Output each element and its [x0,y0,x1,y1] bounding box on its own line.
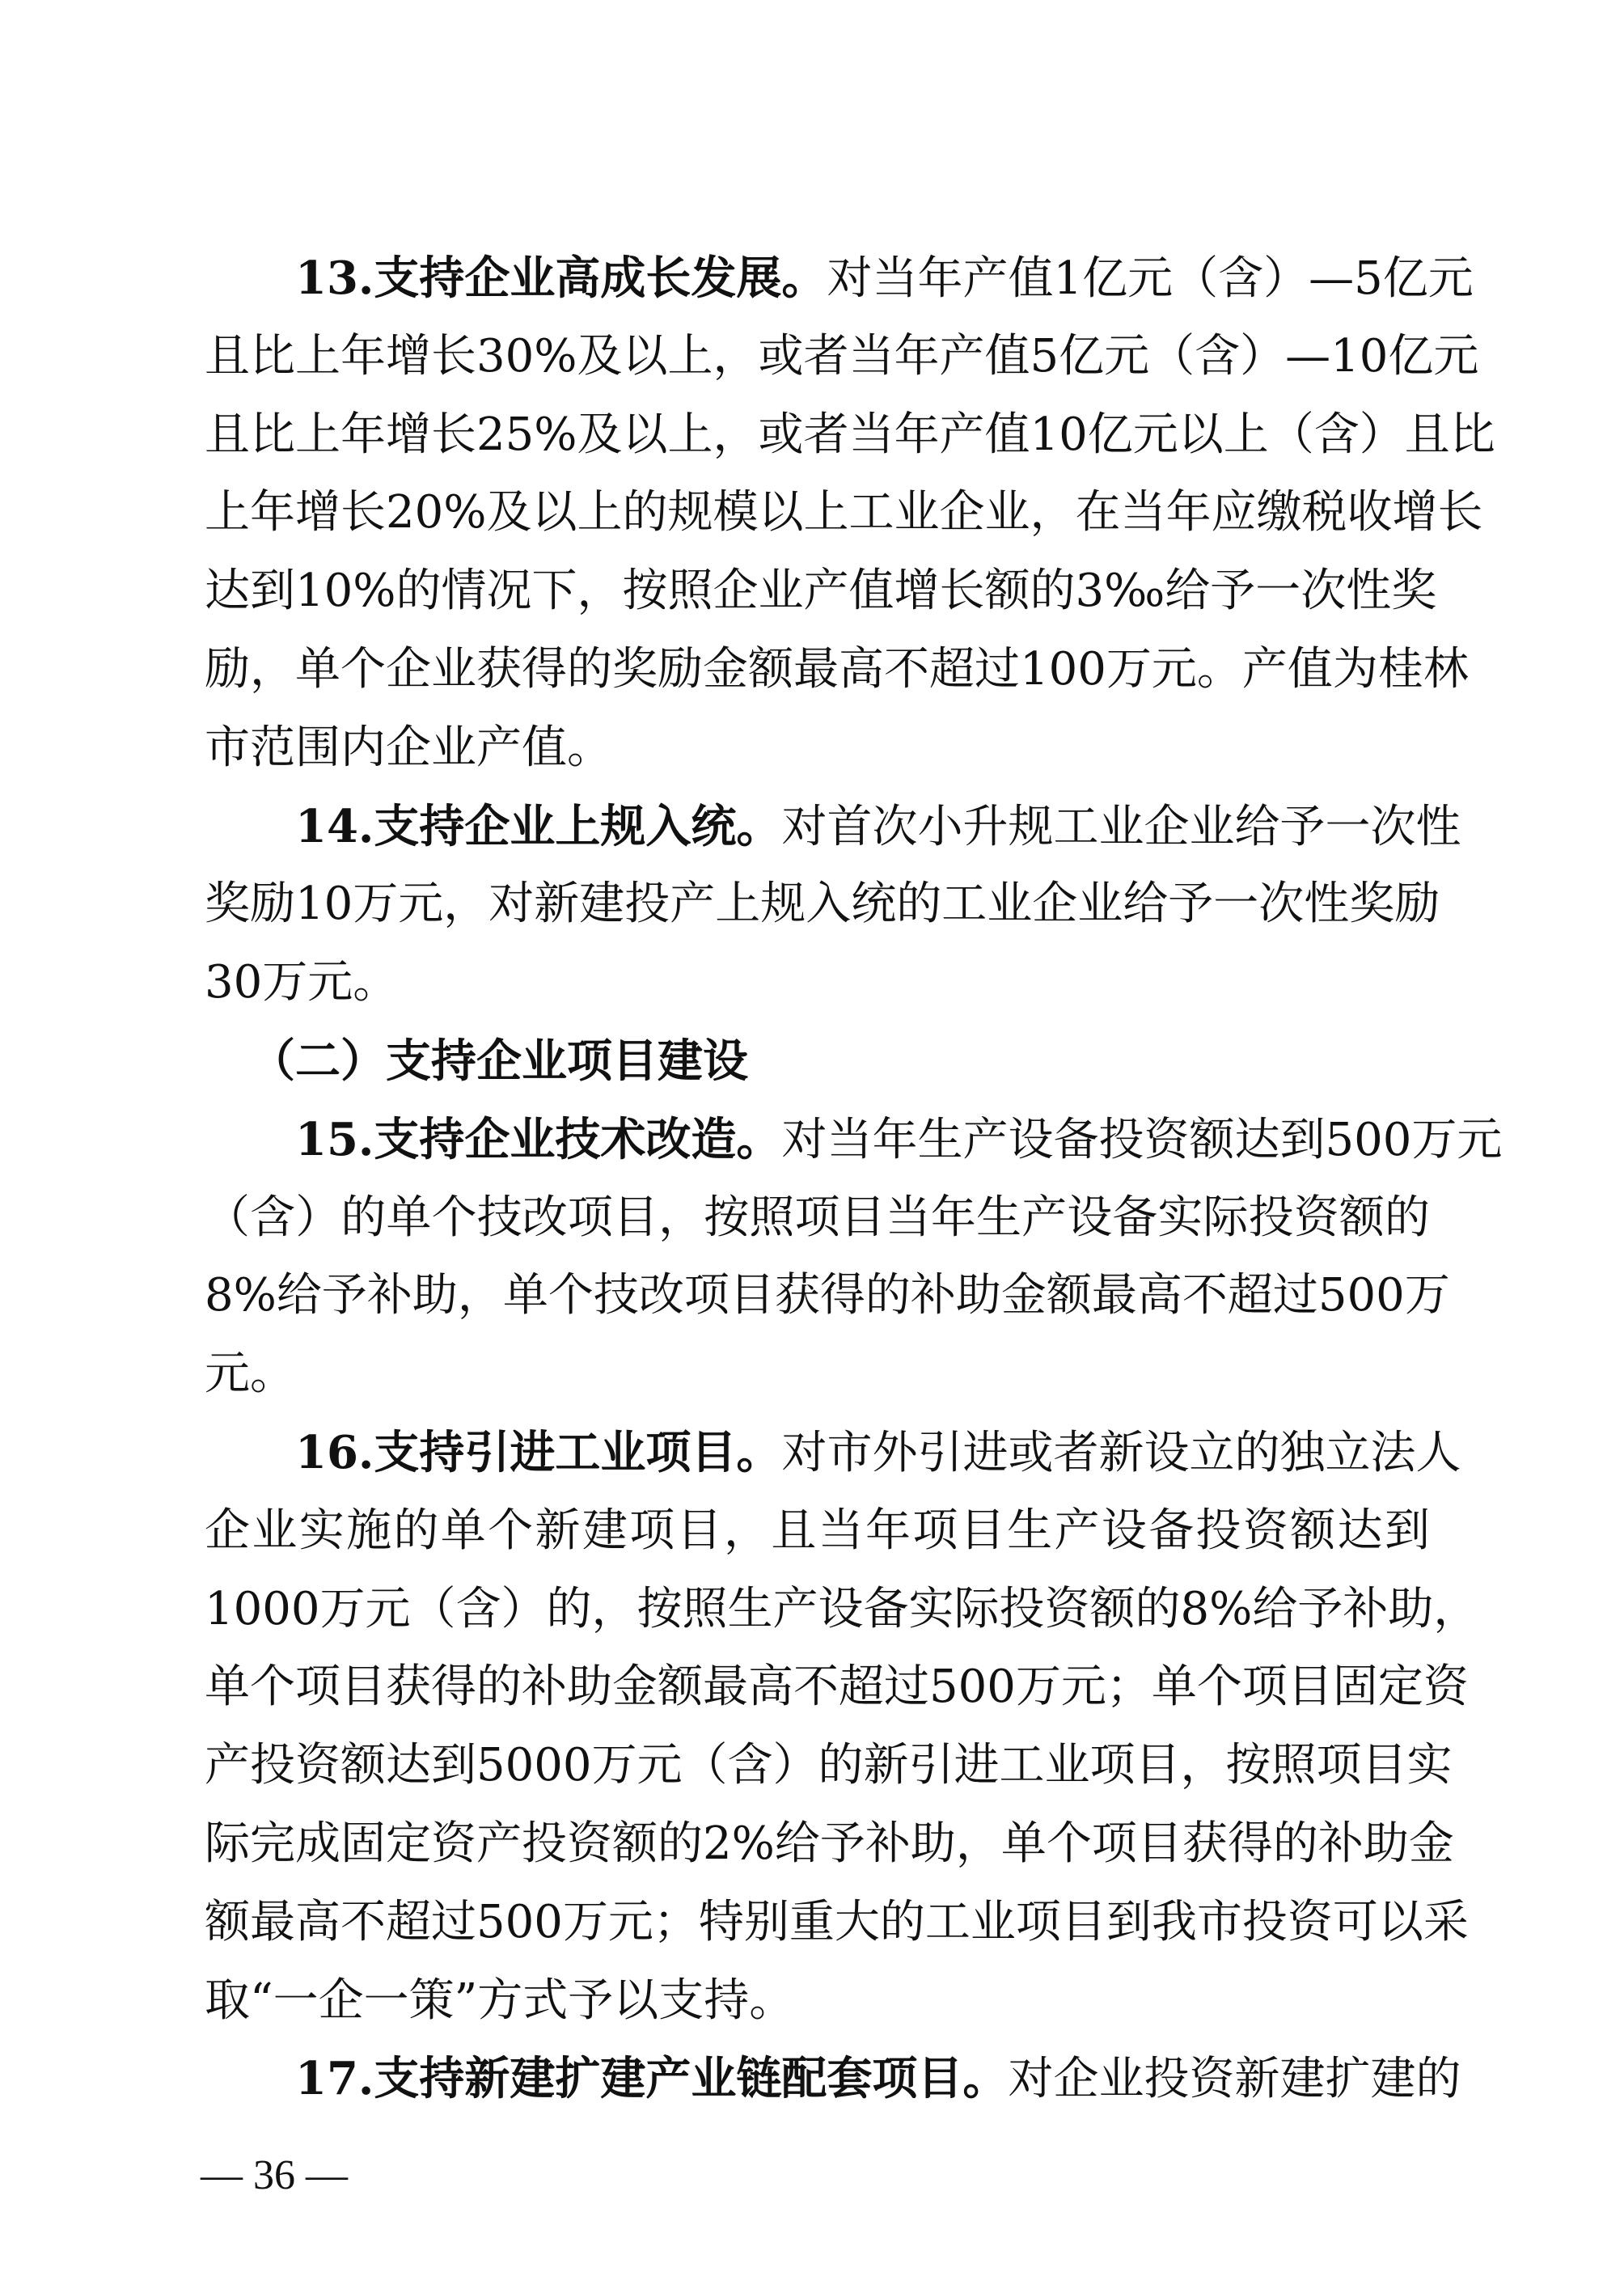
paragraph-item-13: 13.支持企业高成长发展。对当年产值1亿元（含）—5亿元 且比上年增长30%及以… [205,239,1430,788]
paragraph-item-16: 16.支持引进工业项目。对市外引进或者新设立的独立法人 企业实施的单个新建项目，… [205,1414,1430,2040]
paragraph-line: 励，单个企业获得的奖励金额最高不超过100万元。产值为桂林 [205,631,1430,709]
paragraph-first-line: 15.支持企业技术改造。对当年生产设备投资额达到500万元 [205,1101,1430,1179]
paragraph-first-line: 16.支持引进工业项目。对市外引进或者新设立的独立法人 [205,1414,1430,1492]
paragraph-line: 取“一企一策”方式予以支持。 [205,1962,1430,2041]
paragraph-line: 额最高不超过500万元；特别重大的工业项目到我市投资可以采 [205,1884,1430,1962]
paragraph-line: 且比上年增长25%及以上，或者当年产值10亿元以上（含）且比 [205,396,1430,475]
paragraph-line: 1000万元（含）的，按照生产设备实际投资额的8%给予补助， [205,1571,1430,1649]
paragraph-item-14: 14.支持企业上规入统。对首次小升规工业企业给予一次性 奖励10万元，对新建投产… [205,788,1430,1022]
paragraph-line: 30万元。 [205,944,1430,1022]
item-heading: 16.支持引进工业项目。 [295,1426,781,1479]
item-heading: 17.支持新建扩建产业链配套项目。 [295,2052,1008,2105]
paragraph-line: （含）的单个技改项目，按照项目当年生产设备实际投资额的 [205,1179,1430,1258]
document-page: 13.支持企业高成长发展。对当年产值1亿元（含）—5亿元 且比上年增长30%及以… [0,0,1624,2293]
paragraph-line: 奖励10万元，对新建投产上规入统的工业企业给予一次性奖励 [205,865,1430,944]
paragraph-line: 单个项目获得的补助金额最高不超过500万元；单个项目固定资 [205,1648,1430,1727]
paragraph-line: 达到10%的情况下，按照企业产值增长额的3‰给予一次性奖 [205,552,1430,631]
paragraph-first-line: 17.支持新建扩建产业链配套项目。对企业投资新建扩建的 [205,2040,1430,2118]
paragraph-line: 且比上年增长30%及以上，或者当年产值5亿元（含）—10亿元 [205,318,1430,396]
paragraph-first-line: 14.支持企业上规入统。对首次小升规工业企业给予一次性 [205,788,1430,866]
paragraph-line: 产投资额达到5000万元（含）的新引进工业项目，按照项目实 [205,1727,1430,1805]
paragraph-line: 企业实施的单个新建项目，且当年项目生产设备投资额达到 [205,1492,1430,1571]
paragraph-line: 8%给予补助，单个技改项目获得的补助金额最高不超过500万 [205,1257,1430,1335]
section-heading: （二）支持企业项目建设 [205,1022,1430,1101]
document-body: 13.支持企业高成长发展。对当年产值1亿元（含）—5亿元 且比上年增长30%及以… [205,239,1430,2118]
paragraph-first-line: 13.支持企业高成长发展。对当年产值1亿元（含）—5亿元 [205,239,1430,318]
item-heading: 14.支持企业上规入统。 [295,800,781,853]
page-number: — 36 — [201,2151,348,2200]
paragraph-line: 上年增长20%及以上的规模以上工业企业，在当年应缴税收增长 [205,474,1430,552]
paragraph-line: 元。 [205,1335,1430,1414]
paragraph-line: 市范围内企业产值。 [205,709,1430,788]
paragraph-item-17: 17.支持新建扩建产业链配套项目。对企业投资新建扩建的 [205,2040,1430,2118]
paragraph-line: 际完成固定资产投资额的2%给予补助，单个项目获得的补助金 [205,1805,1430,1884]
item-heading: 13.支持企业高成长发展。 [295,252,827,305]
paragraph-item-15: 15.支持企业技术改造。对当年生产设备投资额达到500万元 （含）的单个技改项目… [205,1101,1430,1414]
item-heading: 15.支持企业技术改造。 [295,1113,781,1166]
